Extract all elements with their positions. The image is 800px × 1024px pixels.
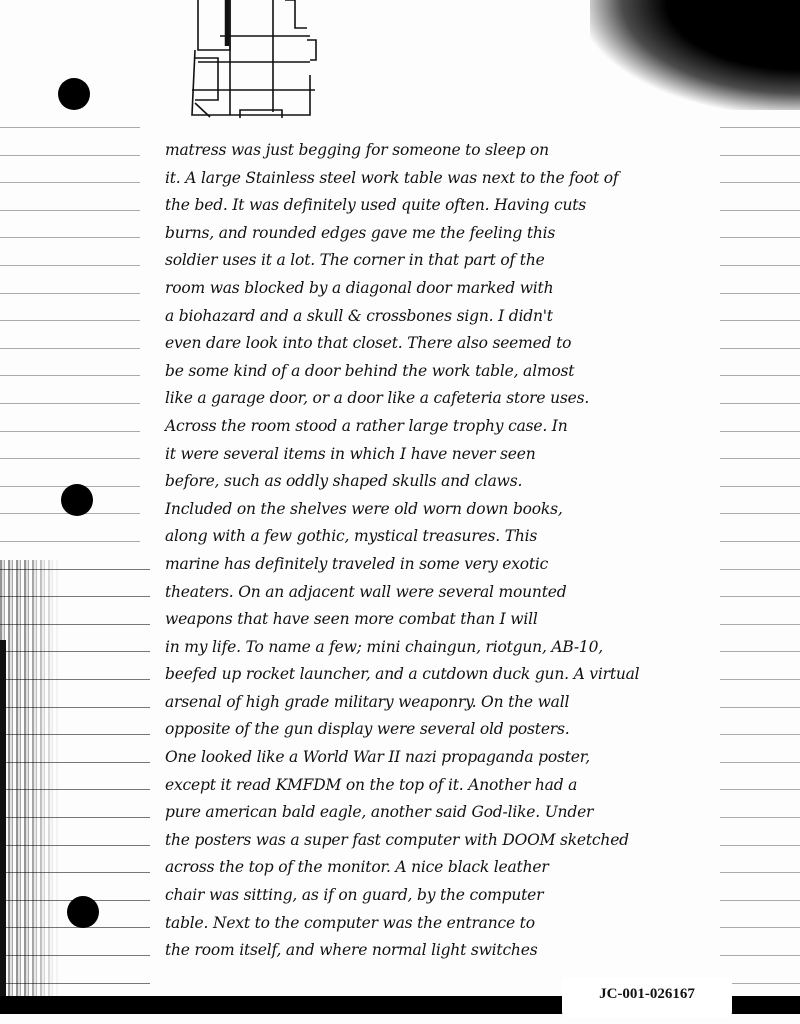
rule-line	[720, 348, 800, 349]
rule-line	[720, 927, 800, 928]
rule-line	[0, 127, 140, 128]
text-line: Included on the shelves were old worn do…	[165, 496, 725, 524]
rule-line	[0, 403, 140, 404]
rule-line	[0, 265, 140, 266]
text-line: opposite of the gun display were several…	[165, 716, 725, 744]
scan-edge-noise	[0, 560, 60, 1000]
rule-line	[720, 127, 800, 128]
text-line: like a garage door, or a door like a caf…	[165, 385, 725, 413]
scan-corner-shadow	[590, 0, 800, 110]
text-line: except it read KMFDM on the top of it. A…	[165, 772, 725, 800]
rule-line	[720, 707, 800, 708]
rule-line	[720, 237, 800, 238]
rule-line	[720, 734, 800, 735]
text-line: in my life. To name a few; mini chaingun…	[165, 634, 725, 662]
text-line: pure american bald eagle, another said G…	[165, 799, 725, 827]
text-line: beefed up rocket launcher, and a cutdown…	[165, 661, 725, 689]
text-line: arsenal of high grade military weaponry.…	[165, 689, 725, 717]
rule-line	[720, 155, 800, 156]
rule-line	[720, 513, 800, 514]
text-line: the room itself, and where normal light …	[165, 937, 725, 965]
rule-line	[0, 182, 140, 183]
text-line: theaters. On an adjacent wall were sever…	[165, 579, 725, 607]
rule-line	[720, 651, 800, 652]
rule-line	[720, 955, 800, 956]
handwritten-text: matress was just begging for someone to …	[165, 137, 725, 965]
text-line: burns, and rounded edges gave me the fee…	[165, 220, 725, 248]
text-line: table. Next to the computer was the entr…	[165, 910, 725, 938]
rule-line	[0, 431, 140, 432]
text-line: it. A large Stainless steel work table w…	[165, 165, 725, 193]
rule-line	[720, 983, 800, 984]
text-line: soldier uses it a lot. The corner in tha…	[165, 247, 725, 275]
rule-line	[720, 596, 800, 597]
text-line: along with a few gothic, mystical treasu…	[165, 523, 725, 551]
rule-line	[720, 458, 800, 459]
bates-number: JC-001-026167	[562, 978, 732, 1018]
rule-line	[720, 265, 800, 266]
rule-line	[0, 155, 140, 156]
rule-line	[0, 348, 140, 349]
text-line: the posters was a super fast computer wi…	[165, 827, 725, 855]
text-line: marine has definitely traveled in some v…	[165, 551, 725, 579]
rule-line	[0, 541, 140, 542]
text-line: room was blocked by a diagonal door mark…	[165, 275, 725, 303]
binder-hole-bottom	[67, 896, 99, 928]
rule-line	[0, 375, 140, 376]
rule-line	[720, 375, 800, 376]
rule-line	[720, 872, 800, 873]
text-line: matress was just begging for someone to …	[165, 137, 725, 165]
rule-line	[720, 569, 800, 570]
rule-line	[720, 293, 800, 294]
rule-line	[720, 210, 800, 211]
rule-line	[720, 817, 800, 818]
rule-line	[720, 320, 800, 321]
rule-line	[0, 293, 140, 294]
text-line: even dare look into that closet. There a…	[165, 330, 725, 358]
rule-line	[720, 541, 800, 542]
text-line: weapons that have seen more combat than …	[165, 606, 725, 634]
binder-hole-middle	[61, 484, 93, 516]
text-line: before, such as oddly shaped skulls and …	[165, 468, 725, 496]
rule-line	[0, 458, 140, 459]
rule-line	[720, 679, 800, 680]
floor-plan-sketch	[190, 0, 320, 120]
rule-line	[720, 431, 800, 432]
text-line: the bed. It was definitely used quite of…	[165, 192, 725, 220]
text-line: a biohazard and a skull & crossbones sig…	[165, 303, 725, 331]
text-line: One looked like a World War II nazi prop…	[165, 744, 725, 772]
rule-line	[0, 237, 140, 238]
binder-hole-top	[58, 78, 90, 110]
scanned-page: matress was just begging for someone to …	[0, 0, 800, 1024]
rule-line	[720, 900, 800, 901]
rule-line	[720, 182, 800, 183]
rule-line	[720, 845, 800, 846]
rule-line	[0, 210, 140, 211]
text-line: it were several items in which I have ne…	[165, 441, 725, 469]
rule-line	[720, 486, 800, 487]
rule-line	[0, 320, 140, 321]
scan-edge	[0, 640, 6, 1000]
text-line: chair was sitting, as if on guard, by th…	[165, 882, 725, 910]
rule-line	[720, 403, 800, 404]
rule-line	[720, 762, 800, 763]
rule-line	[720, 624, 800, 625]
text-line: across the top of the monitor. A nice bl…	[165, 854, 725, 882]
text-line: be some kind of a door behind the work t…	[165, 358, 725, 386]
rule-line	[720, 789, 800, 790]
text-line: Across the room stood a rather large tro…	[165, 413, 725, 441]
